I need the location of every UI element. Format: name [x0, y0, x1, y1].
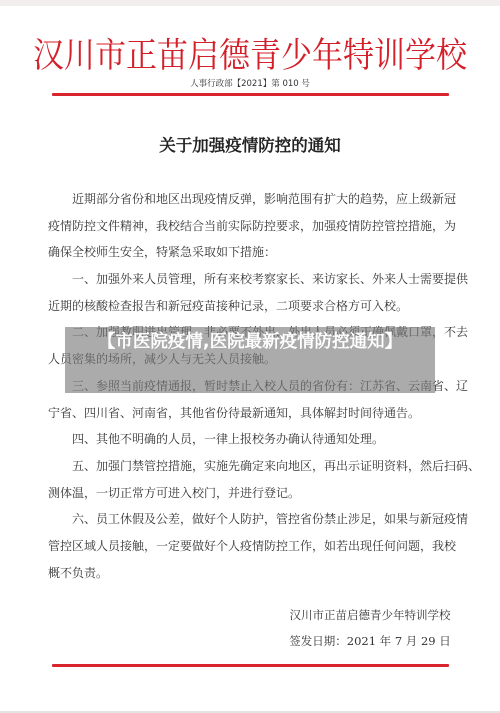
- signature-org: 汉川市正苗启德青少年特训学校: [280, 607, 460, 623]
- body-line-item-4: 四、其他不明确的人员，一律上报校务办确认待通知处理。: [48, 426, 454, 453]
- caption-overlay-text: 【市医院疫情,医院最新疫情防控通知】: [65, 330, 435, 354]
- doc-number: 人事行政部【2021】第 010 号: [0, 78, 500, 90]
- body-line: 宁省、四川省、河南省，其他省份待最新通知，具体解封时间待通告。: [48, 400, 454, 427]
- body-line: 测体温，一切正常方可进入校门，并进行登记。: [48, 480, 454, 507]
- body-line: 管控区域人员接触，一定要做好个人疫情防控工作，如若出现任何问题，我校: [48, 533, 454, 560]
- notice-heading: 关于加强疫情防控的通知: [0, 134, 500, 158]
- signature-date: 签发日期：2021 年 7 月 29 日: [280, 633, 460, 649]
- footer-red-rule: [52, 664, 449, 667]
- body-line-item-6: 六、员工休假及公差，做好个人防护，管控省份禁止涉足，如果与新冠疫情: [48, 506, 454, 533]
- body-line-item-1: 一、加强外来人员管理，所有来校考察家长、来访家长、外来人士需要提供: [48, 266, 454, 293]
- body-line: 确保全校师生安全，特紧急采取如下措施：: [48, 239, 454, 266]
- body-line: 概不负责。: [48, 560, 454, 587]
- body-line-item-5: 五、加强门禁管控措施，实施先确定来向地区，再出示证明资料，然后扫码、: [48, 453, 454, 480]
- body-line: 疫情防控文件精神，我校结合当前实际防控要求，加强疫情防控管控措施，为: [48, 213, 454, 240]
- body-line: 近期部分省份和地区出现疫情反弹，影响范围有扩大的趋势，应上级新冠: [48, 186, 454, 213]
- header-red-rule: [52, 93, 449, 96]
- top-edge: [0, 0, 500, 6]
- body-line: 近期的核酸检查报告和新冠疫苗接种记录，二项要求合格方可入校。: [48, 293, 454, 320]
- org-title: 汉川市正苗启德青少年特训学校: [0, 34, 500, 79]
